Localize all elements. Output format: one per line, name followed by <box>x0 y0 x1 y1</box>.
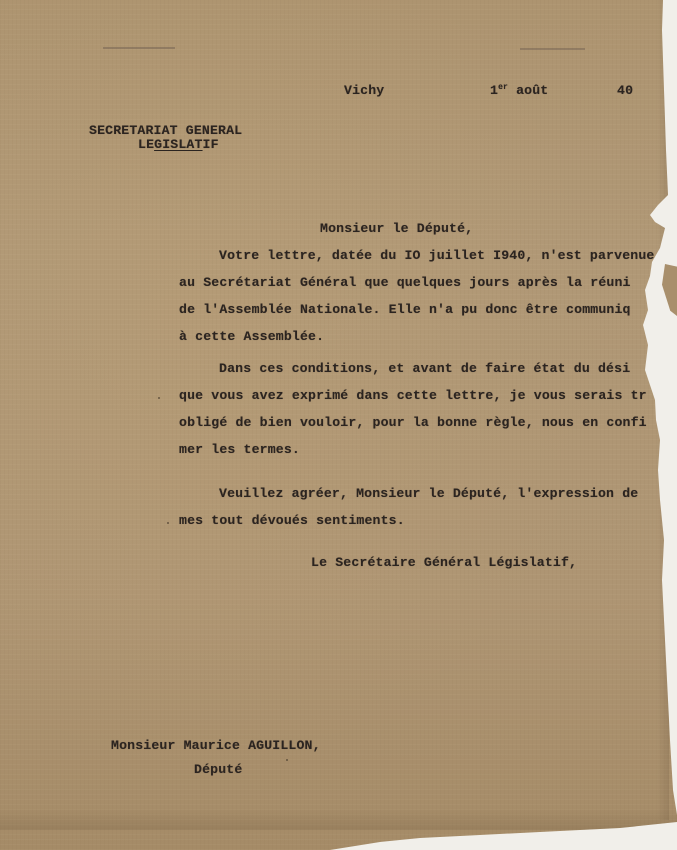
date-day-suffix: er <box>498 83 508 92</box>
ink-speck <box>158 397 160 399</box>
sender-line-2-underlined: GISLAT <box>154 137 202 152</box>
signature: Le Secrétaire Général Législatif, <box>311 556 577 569</box>
recipient-title: Député <box>194 763 242 776</box>
faint-mark-right <box>520 48 585 50</box>
sender-line-1: SECRETARIAT GENERAL <box>89 124 242 137</box>
document-page: Vichy 1er août 40 SECRETARIAT GENERAL LE… <box>0 0 677 850</box>
date-month: août <box>516 83 548 98</box>
letter-date: 1er août <box>490 84 548 97</box>
body-line: Dans ces conditions, et avant de faire é… <box>219 362 630 375</box>
ink-speck <box>286 759 288 761</box>
body-line: Votre lettre, datée du IO juillet I940, … <box>219 249 654 262</box>
body-line: mes tout dévoués sentiments. <box>179 514 405 527</box>
body-line: de l'Assemblée Nationale. Elle n'a pu do… <box>179 303 631 316</box>
sender-line-2: LEGISLATIF <box>138 138 219 151</box>
salutation: Monsieur le Député, <box>320 222 473 235</box>
paper-sheet: Vichy 1er août 40 SECRETARIAT GENERAL LE… <box>0 0 677 850</box>
body-line: mer les termes. <box>179 443 300 456</box>
date-day: 1 <box>490 83 498 98</box>
letter-year: 40 <box>617 84 633 97</box>
sender-line-2-prefix: LE <box>138 137 154 152</box>
body-line: au Secrétariat Général que quelques jour… <box>179 276 631 289</box>
torn-paper-fragment <box>662 264 677 316</box>
body-line: Veuillez agréer, Monsieur le Député, l'e… <box>219 487 638 500</box>
ink-speck <box>167 522 169 524</box>
body-line: obligé de bien vouloir, pour la bonne rè… <box>179 416 647 429</box>
sender-line-2-suffix: IF <box>203 137 219 152</box>
faint-mark-left <box>103 47 175 49</box>
body-line: à cette Assemblée. <box>179 330 324 343</box>
recipient-name: Monsieur Maurice AGUILLON, <box>111 739 321 752</box>
paper-edge-shadow <box>657 0 669 820</box>
paper-fold <box>0 808 677 830</box>
body-line: que vous avez exprimé dans cette lettre,… <box>179 389 647 402</box>
letter-place: Vichy <box>344 84 384 97</box>
